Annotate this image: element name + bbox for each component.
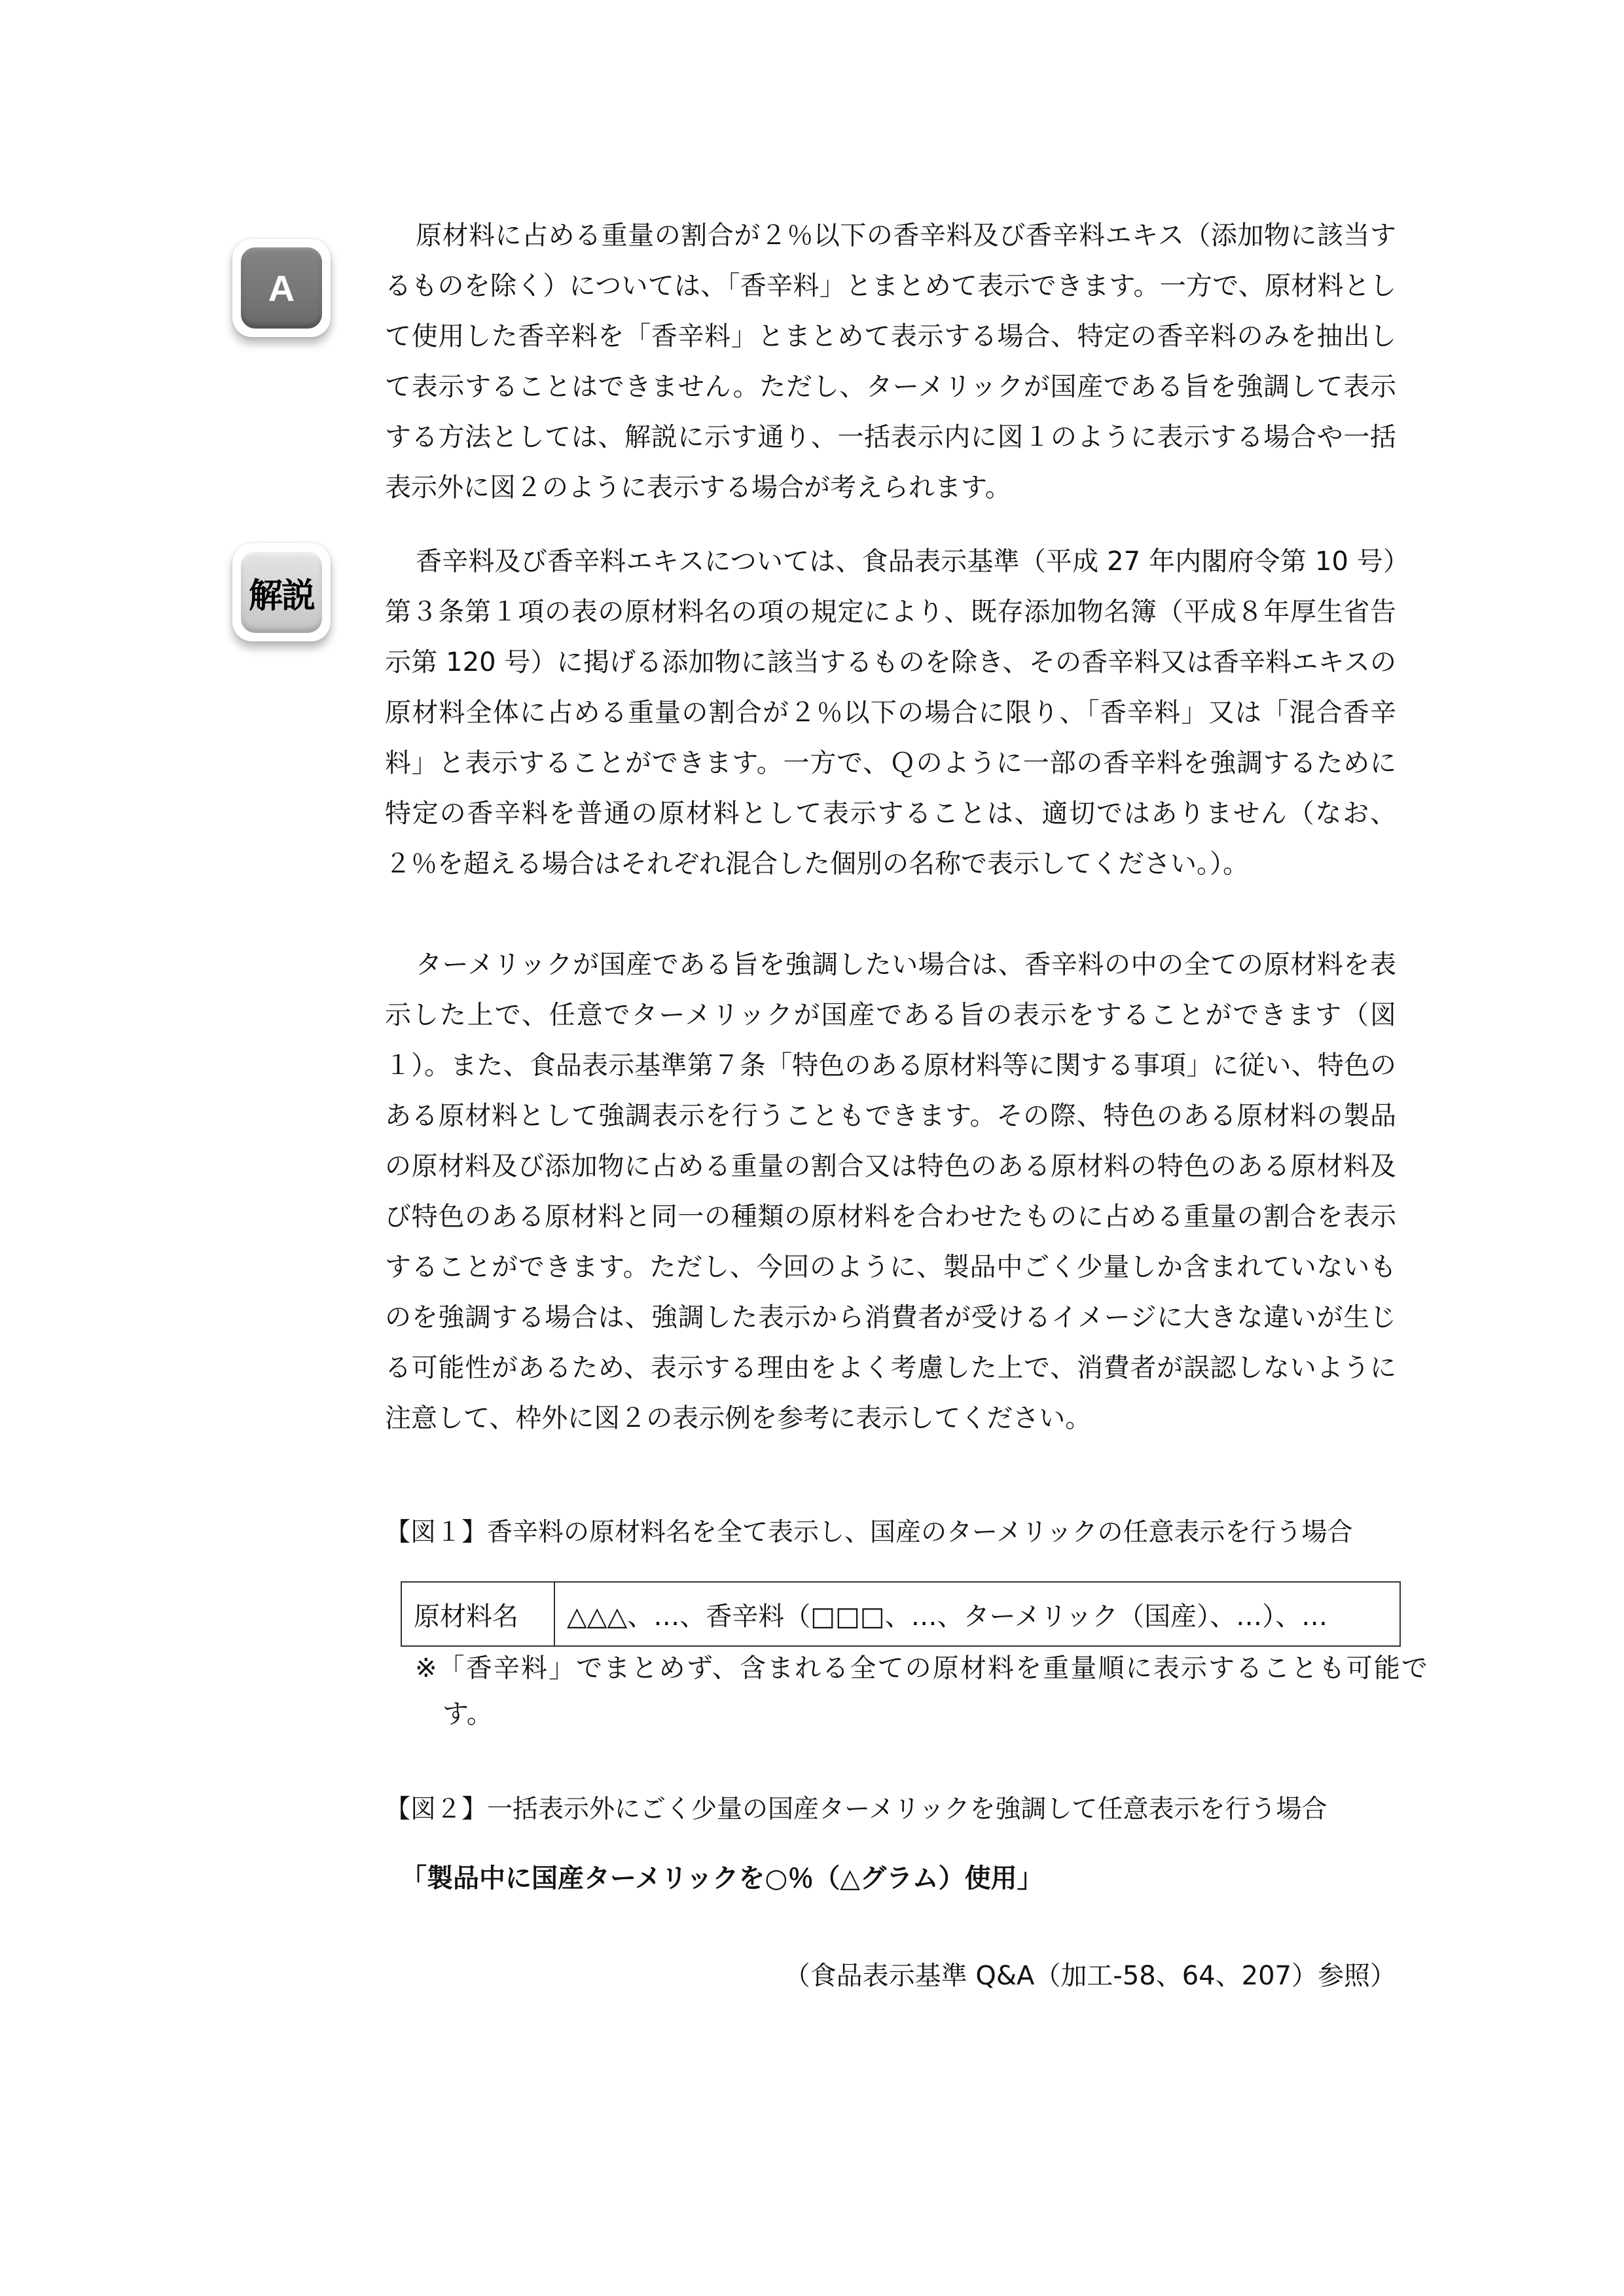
- figure1-caption: 【図１】香辛料の原材料名を全て表示し、国産のターメリックの任意表示を行う場合: [385, 1516, 1353, 1549]
- explanation-paragraph-2: ターメリックが国産である旨を強調したい場合は、香辛料の中の全ての原材料を表示した…: [385, 940, 1396, 1444]
- figure2-caption: 【図２】一括表示外にごく少量の国産ターメリックを強調して任意表示を行う場合: [385, 1793, 1327, 1826]
- answer-badge-label: A: [241, 247, 322, 329]
- answer-badge: A: [232, 239, 331, 337]
- table-row: 原材料名 △△△、…、香辛料（□□□、…、ターメリック（国産）、…）、…: [401, 1582, 1400, 1646]
- figure1-note: ※「香辛料」でまとめず、含まれる全ての原材料を重量順に表示することも可能です。: [415, 1645, 1428, 1737]
- answer-text: 原材料に占める重量の割合が２％以下の香辛料及び香辛料エキス（添加物に該当するもの…: [385, 211, 1396, 513]
- figure2-example-label: 「製品中に国産ターメリックを○％（△グラム）使用」: [401, 1857, 1043, 1895]
- explanation-paragraph-1: 香辛料及び香辛料エキスについては、食品表示基準（平成 27 年内閣府令第 10 …: [385, 537, 1396, 889]
- ingredient-label-cell: 原材料名: [401, 1582, 554, 1646]
- figure1-ingredient-table: 原材料名 △△△、…、香辛料（□□□、…、ターメリック（国産）、…）、…: [401, 1581, 1401, 1647]
- explanation-badge-label: 解説: [241, 552, 322, 633]
- explanation-badge: 解説: [232, 543, 331, 641]
- ingredient-value-cell: △△△、…、香辛料（□□□、…、ターメリック（国産）、…）、…: [554, 1582, 1400, 1646]
- reference-note: （食品表示基準 Q&A（加工-58、64、207）参照）: [784, 1955, 1396, 1992]
